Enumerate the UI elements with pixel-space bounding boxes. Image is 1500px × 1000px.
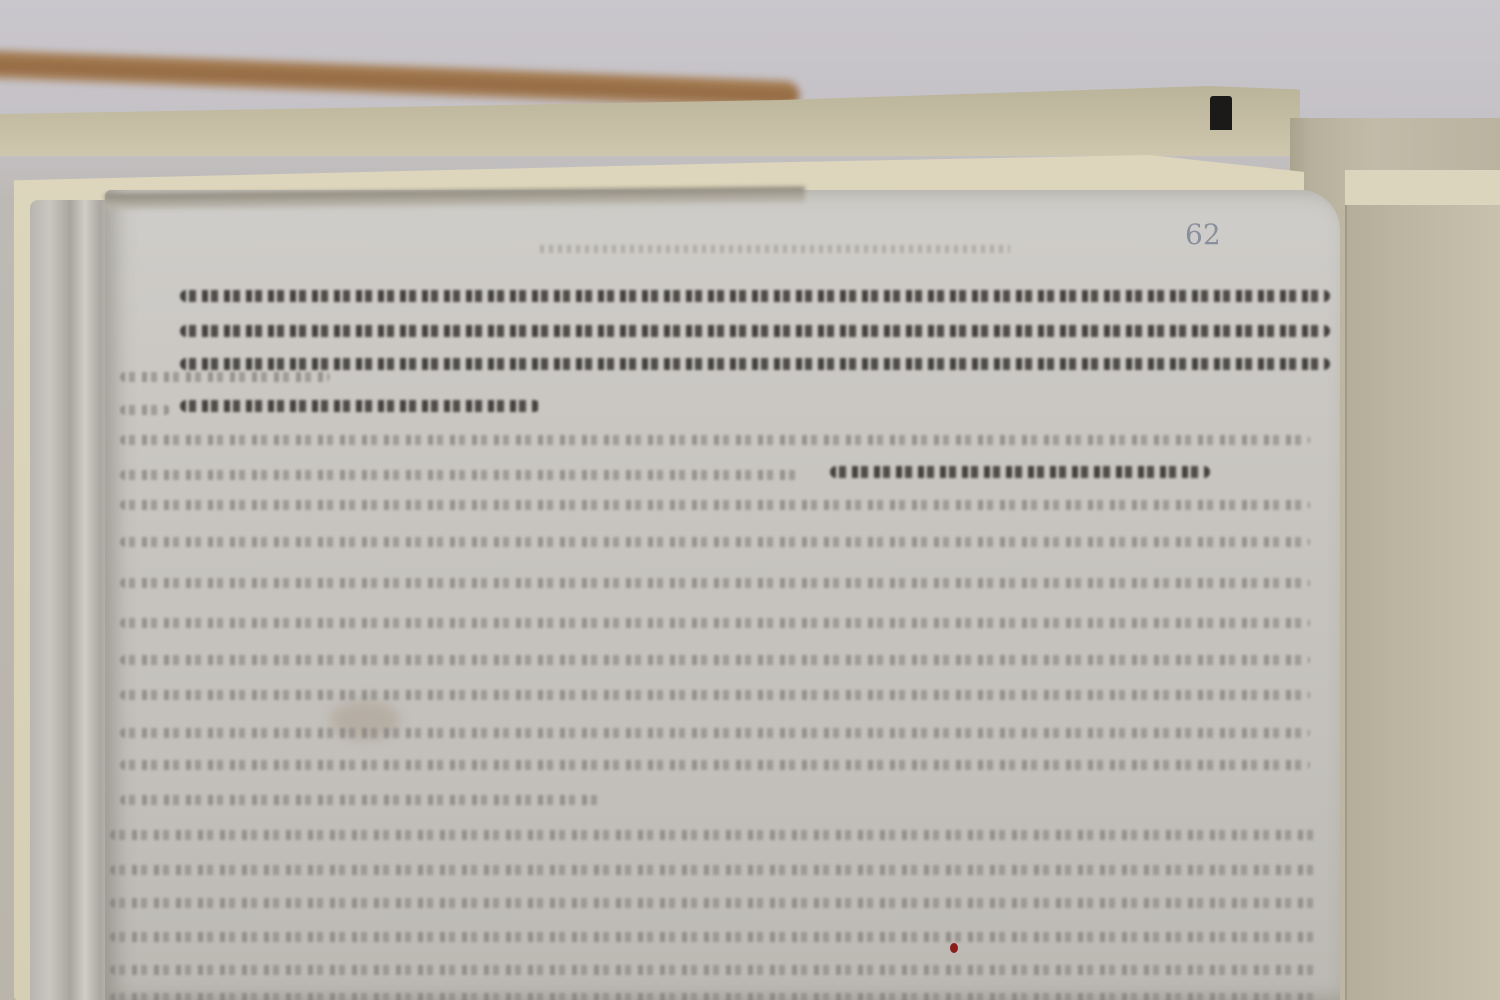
- box-notch: [1210, 96, 1232, 130]
- archive-box-strip: [1345, 170, 1500, 210]
- handwritten-line: [110, 898, 1320, 908]
- handwritten-line: [120, 470, 800, 480]
- handwritten-line: [180, 325, 1330, 337]
- handwritten-line: [120, 537, 1310, 547]
- handwritten-line: [110, 993, 1320, 1000]
- handwritten-line: [110, 965, 1320, 975]
- handwritten-line: [180, 400, 540, 412]
- red-ink-mark: [950, 943, 958, 953]
- wooden-rod: [0, 50, 800, 109]
- handwritten-line: [120, 760, 1310, 770]
- handwritten-line: [110, 830, 1320, 840]
- handwritten-line: [120, 500, 1310, 510]
- manuscript-page: [105, 190, 1340, 1000]
- handwritten-line: [120, 372, 330, 382]
- folio-number: 62: [1185, 218, 1221, 251]
- handwritten-line: [180, 290, 1330, 302]
- handwritten-line: [120, 655, 1310, 665]
- handwritten-line: [120, 578, 1310, 588]
- handwritten-line: [110, 865, 1320, 875]
- handwritten-line: [120, 728, 1310, 738]
- handwritten-line: [120, 690, 1310, 700]
- handwritten-line: [120, 405, 170, 415]
- signature: [830, 460, 1230, 482]
- signature-stroke: [830, 466, 1210, 478]
- handwritten-line: [110, 932, 1320, 942]
- handwritten-line: [120, 435, 1310, 445]
- handwritten-line: [180, 358, 1330, 370]
- handwritten-line: [540, 245, 1010, 253]
- handwritten-line: [120, 618, 1310, 628]
- handwritten-line: [120, 795, 600, 805]
- archive-box-inner-panel: [1345, 205, 1500, 1000]
